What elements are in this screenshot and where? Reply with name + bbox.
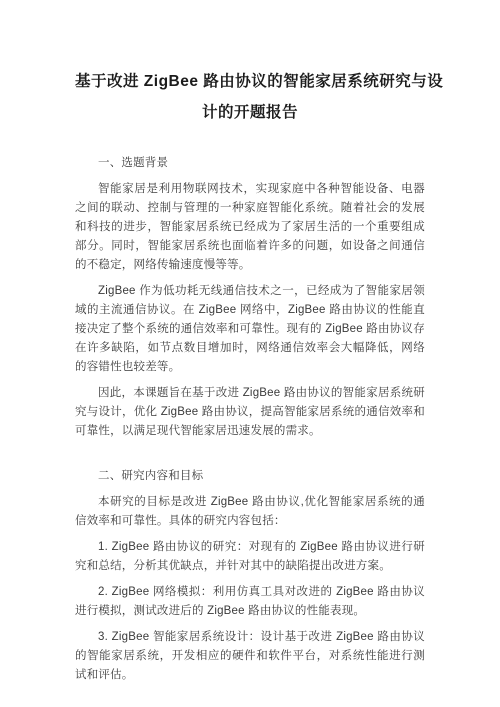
document-page: 基于改进 ZigBee 路由协议的智能家居系统研究与设 计的开题报告 一、选题背… [0, 0, 500, 707]
section-heading-content-goals: 二、研究内容和目标 [75, 467, 425, 486]
section-heading-background: 一、选题背景 [75, 154, 425, 173]
paragraph-smart-home-intro: 智能家居是利用物联网技术，实现家庭中各种智能设备、电器之间的联动、控制与管理的一… [75, 180, 425, 275]
paragraph-item-1-protocol-study: 1. ZigBee 路由协议的研究：对现有的 ZigBee 路由协议进行研究和总… [75, 538, 425, 576]
paragraph-research-purpose: 因此，本课题旨在基于改进 ZigBee 路由协议的智能家居系统研究与设计，优化 … [75, 384, 425, 441]
document-title-line-2: 计的开题报告 [75, 97, 425, 128]
paragraph-research-goal: 本研究的目标是改进 ZigBee 路由协议,优化智能家居系统的通信效率和可靠性。… [75, 493, 425, 531]
paragraph-item-3-system-design: 3. ZigBee 智能家居系统设计：设计基于改进 ZigBee 路由协议的智能… [75, 628, 425, 685]
paragraph-zigbee-protocol: ZigBee 作为低功耗无线通信技术之一，已经成为了智能家居领域的主流通信协议。… [75, 282, 425, 377]
document-title-line-1: 基于改进 ZigBee 路由协议的智能家居系统研究与设 [75, 66, 425, 97]
document-title: 基于改进 ZigBee 路由协议的智能家居系统研究与设 计的开题报告 [75, 66, 425, 128]
paragraph-item-2-network-simulation: 2. ZigBee 网络模拟：利用仿真工具对改进的 ZigBee 路由协议进行模… [75, 583, 425, 621]
